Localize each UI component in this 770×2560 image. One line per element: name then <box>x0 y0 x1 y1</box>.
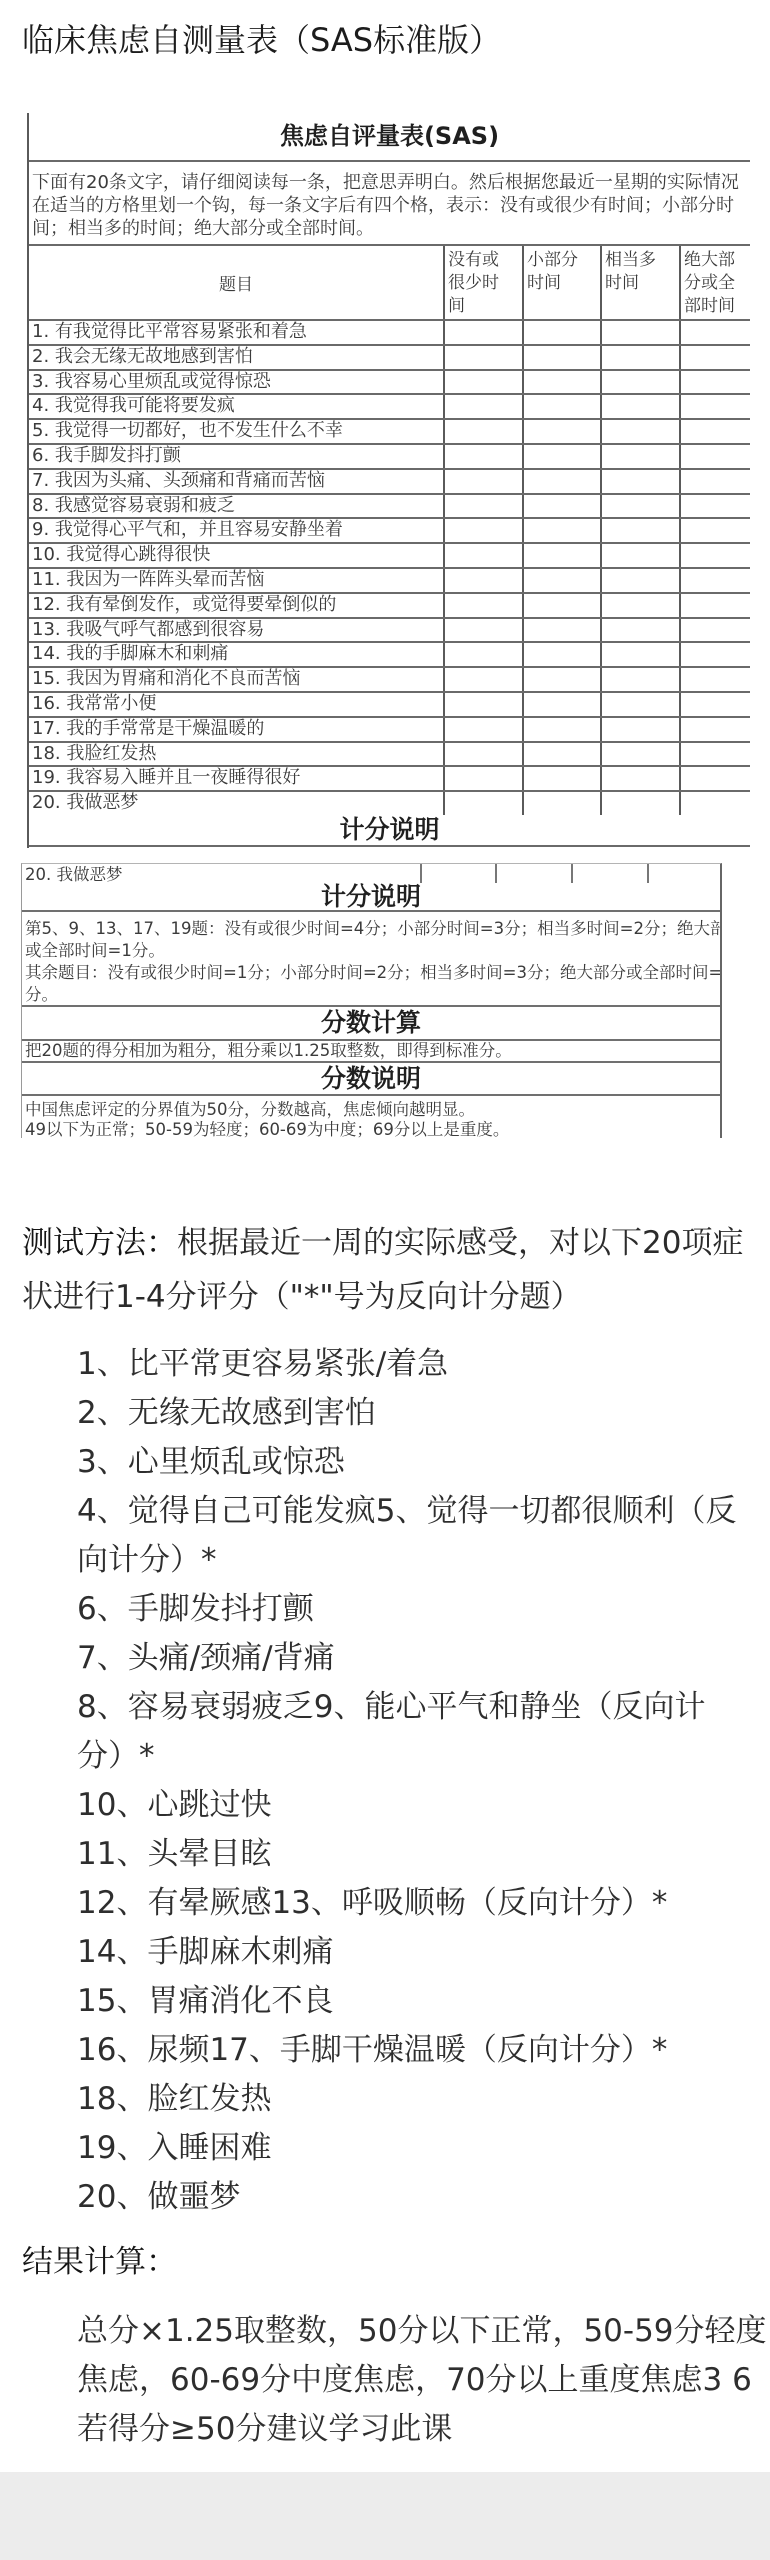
answer-cell <box>443 346 522 369</box>
answer-cell <box>679 718 750 741</box>
answer-cell <box>679 792 750 815</box>
answer-cell <box>600 569 679 592</box>
scoring-rule-line: 分。 <box>25 984 720 1006</box>
answer-cell <box>679 668 750 691</box>
symptom-item: 10、心跳过快 <box>77 1781 736 1830</box>
answer-cell <box>522 371 600 394</box>
answer-cell <box>522 321 600 344</box>
form-row: 13. 我吸气呼气都感到很容易 <box>29 619 750 644</box>
form-item-text: 14. 我的手脚麻木和刺痛 <box>29 643 443 666</box>
answer-cell <box>522 619 600 642</box>
answer-cell <box>443 718 522 741</box>
form-item-text: 18. 我脸红发热 <box>29 743 443 766</box>
score-explanation: 中国焦虑评定的分界值为50分，分数越高，焦虑倾向越明显。 49以下为正常；50-… <box>22 1096 720 1138</box>
column-header-often: 相当多时间 <box>600 246 679 319</box>
form-instructions: 下面有20条文字，请仔细阅读每一条，把意思弄明白。然后根据您最近一星期的实际情况… <box>29 162 750 246</box>
form-row: 12. 我有晕倒发作，或觉得要晕倒似的 <box>29 594 750 619</box>
form-item-text: 11. 我因为一阵阵头晕而苦恼 <box>29 569 443 592</box>
score-explanation-heading: 分数说明 <box>22 1063 720 1096</box>
answer-cell <box>443 371 522 394</box>
answer-cell <box>522 395 600 418</box>
score-calculation-heading: 分数计算 <box>22 1007 720 1041</box>
answer-cell <box>600 519 679 542</box>
form-item-text: 2. 我会无缘无故地感到害怕 <box>29 346 443 369</box>
test-method-line: 状进行1-4分评分（"*"号为反向计分题） <box>22 1270 743 1324</box>
answer-cell <box>443 767 522 790</box>
answer-cell <box>679 495 750 518</box>
answer-cell <box>522 668 600 691</box>
symptom-line: 7、头痛/颈痛/背痛 <box>77 1634 736 1683</box>
answer-cell <box>600 395 679 418</box>
form-row: 11. 我因为一阵阵头晕而苦恼 <box>29 569 750 594</box>
answer-cell <box>522 693 600 716</box>
symptom-item: 20、做噩梦 <box>77 2173 736 2222</box>
answer-cell <box>443 420 522 443</box>
symptom-item: 7、头痛/颈痛/背痛 <box>77 1634 736 1683</box>
form-row: 20. 我做恶梦 <box>29 792 750 815</box>
symptom-line: 14、手脚麻木刺痛 <box>77 1928 736 1977</box>
symptom-item: 6、手脚发抖打颤 <box>77 1585 736 1634</box>
test-method-paragraph: 测试方法：根据最近一周的实际感受，对以下20项症 状进行1-4分评分（"*"号为… <box>22 1216 743 1324</box>
answer-cell <box>600 445 679 468</box>
form-row: 20. 我做恶梦 <box>22 864 720 884</box>
form-item-text: 9. 我觉得心平气和，并且容易安静坐着 <box>29 519 443 542</box>
symptom-line: 16、尿频17、手脚干燥温暖（反向计分）* <box>77 2026 736 2075</box>
answer-cell <box>600 470 679 493</box>
answer-cell <box>522 445 600 468</box>
symptom-line: 19、入睡困难 <box>77 2124 736 2173</box>
symptom-line: 2、无缘无故感到害怕 <box>77 1389 736 1438</box>
sas-form-scan-image[interactable]: 焦虑自评量表(SAS) 下面有20条文字，请仔细阅读每一条，把意思弄明白。然后根… <box>27 113 750 848</box>
footer-area <box>0 2472 770 2560</box>
form-item-text: 20. 我做恶梦 <box>29 792 443 815</box>
column-header-sometimes: 小部分时间 <box>522 246 600 319</box>
form-item-text: 7. 我因为头痛、头颈痛和背痛而苦恼 <box>29 470 443 493</box>
form-row: 7. 我因为头痛、头颈痛和背痛而苦恼 <box>29 470 750 495</box>
column-header-always: 绝大部分或全部时间 <box>679 246 750 319</box>
symptom-item: 3、心里烦乱或惊恐 <box>77 1438 736 1487</box>
symptom-list: 1、比平常更容易紧张/着急 2、无缘无故感到害怕 3、心里烦乱或惊恐 4、觉得自… <box>77 1340 736 2222</box>
symptom-item: 18、脸红发热 <box>77 2075 736 2124</box>
form-item-text: 12. 我有晕倒发作，或觉得要晕倒似的 <box>29 594 443 617</box>
form-item-text: 8. 我感觉容易衰弱和疲乏 <box>29 495 443 518</box>
answer-cell <box>679 395 750 418</box>
form-item-text: 20. 我做恶梦 <box>25 865 123 884</box>
answer-cell <box>600 619 679 642</box>
symptom-line: 11、头晕目眩 <box>77 1830 736 1879</box>
form-row: 18. 我脸红发热 <box>29 743 750 768</box>
symptom-line: 6、手脚发抖打颤 <box>77 1585 736 1634</box>
answer-cell <box>522 767 600 790</box>
answer-cell <box>679 619 750 642</box>
scoring-rule-line: 第5、9、13、17、19题：没有或很少时间=4分；小部分时间=3分；相当多时间… <box>25 918 720 940</box>
form-item-text: 5. 我觉得一切都好，也不发生什么不幸 <box>29 420 443 443</box>
answer-cell <box>522 420 600 443</box>
answer-cell <box>443 569 522 592</box>
answer-cell <box>600 321 679 344</box>
answer-cell <box>522 470 600 493</box>
answer-cell <box>679 767 750 790</box>
form-item-text: 19. 我容易入睡并且一夜睡得很好 <box>29 767 443 790</box>
symptom-line: 12、有晕厥感13、呼吸顺畅（反向计分）* <box>77 1879 736 1928</box>
form-item-text: 3. 我容易心里烦乱或觉得惊恐 <box>29 371 443 394</box>
symptom-item: 12、有晕厥感13、呼吸顺畅（反向计分）* <box>77 1879 736 1928</box>
column-header-label: 绝大部分或全部时间 <box>684 249 740 318</box>
column-header-label: 相当多时间 <box>605 249 661 295</box>
answer-cell <box>600 693 679 716</box>
symptom-item: 1、比平常更容易紧张/着急 <box>77 1340 736 1389</box>
score-explanation-line: 49以下为正常；50-59为轻度；60-69为中度；69分以上是重度。 <box>25 1120 720 1138</box>
answer-cell <box>522 519 600 542</box>
answer-cell <box>679 371 750 394</box>
form-item-text: 6. 我手脚发抖打颤 <box>29 445 443 468</box>
symptom-line: 4、觉得自己可能发疯5、觉得一切都很顺利（反 <box>77 1487 736 1536</box>
answer-cell <box>443 519 522 542</box>
column-divider <box>495 864 497 883</box>
result-calculation-text: 总分×1.25取整数，50分以下正常，50-59分轻度 焦虑，60-69分中度焦… <box>77 2307 767 2454</box>
answer-cell <box>522 718 600 741</box>
answer-cell <box>443 594 522 617</box>
answer-cell <box>600 792 679 815</box>
answer-cell <box>443 470 522 493</box>
symptom-line: 10、心跳过快 <box>77 1781 736 1830</box>
answer-cell <box>600 594 679 617</box>
form-row: 8. 我感觉容易衰弱和疲乏 <box>29 495 750 520</box>
form-row: 16. 我常常小便 <box>29 693 750 718</box>
scoring-rule-line: 其余题目：没有或很少时间=1分；小部分时间=2分；相当多时间=3分；绝大部分或全… <box>25 962 720 984</box>
score-explanation-line: 中国焦虑评定的分界值为50分，分数越高，焦虑倾向越明显。 <box>25 1100 720 1120</box>
symptom-item: 14、手脚麻木刺痛 <box>77 1928 736 1977</box>
form-row: 9. 我觉得心平气和，并且容易安静坐着 <box>29 519 750 544</box>
column-header-item: 题目 <box>29 246 443 319</box>
symptom-item: 4、觉得自己可能发疯5、觉得一切都很顺利（反向计分）* <box>77 1487 736 1585</box>
form-row: 5. 我觉得一切都好，也不发生什么不幸 <box>29 420 750 445</box>
answer-cell <box>679 594 750 617</box>
result-line: 若得分≥50分建议学习此课 <box>77 2405 767 2454</box>
answer-cell <box>600 767 679 790</box>
form-row: 1. 有我觉得比平常容易紧张和着急 <box>29 321 750 346</box>
answer-cell <box>443 544 522 567</box>
answer-cell <box>522 346 600 369</box>
scoring-rules: 第5、9、13、17、19题：没有或很少时间=4分；小部分时间=3分；相当多时间… <box>22 912 720 1007</box>
form-row: 15. 我因为胃痛和消化不良而苦恼 <box>29 668 750 693</box>
answer-cell <box>679 693 750 716</box>
answer-cell <box>600 718 679 741</box>
test-method-label: 测试方法： <box>22 1225 177 1261</box>
form-item-text: 16. 我常常小便 <box>29 693 443 716</box>
form-row: 17. 我的手常常是干燥温暖的 <box>29 718 750 743</box>
symptom-item: 16、尿频17、手脚干燥温暖（反向计分）* <box>77 2026 736 2075</box>
symptom-line: 8、容易衰弱疲乏9、能心平气和静坐（反向计 <box>77 1683 736 1732</box>
instruction-line: 在适当的方格里划一个钩，每一条文字后有四个格，表示：没有或很少有时间；小部分时 <box>32 194 750 217</box>
answer-cell <box>600 743 679 766</box>
answer-cell <box>522 743 600 766</box>
scoring-rule-line: 或全部时间=1分。 <box>25 940 720 962</box>
symptom-item: 11、头晕目眩 <box>77 1830 736 1879</box>
symptom-line: 15、胃痛消化不良 <box>77 1977 736 2026</box>
form-row: 6. 我手脚发抖打颤 <box>29 445 750 470</box>
answer-cell <box>522 544 600 567</box>
form-row: 2. 我会无缘无故地感到害怕 <box>29 346 750 371</box>
answer-cell <box>600 346 679 369</box>
answer-cell <box>679 346 750 369</box>
answer-cell <box>679 743 750 766</box>
sas-scoring-scan-image[interactable]: 20. 我做恶梦 计分说明 第5、9、13、17、19题：没有或很少时间=4分；… <box>21 863 722 1138</box>
form-item-text: 15. 我因为胃痛和消化不良而苦恼 <box>29 668 443 691</box>
answer-cell <box>600 544 679 567</box>
form-row: 3. 我容易心里烦乱或觉得惊恐 <box>29 371 750 396</box>
form-table-header: 题目 没有或很少时间 小部分时间 相当多时间 绝大部分或全部时间 <box>29 246 750 321</box>
answer-cell <box>679 569 750 592</box>
column-divider <box>571 864 573 883</box>
test-method-line: 测试方法：根据最近一周的实际感受，对以下20项症 <box>22 1216 743 1270</box>
symptom-line: 分）* <box>77 1732 736 1781</box>
symptom-item: 8、容易衰弱疲乏9、能心平气和静坐（反向计分）* <box>77 1683 736 1781</box>
form-row: 4. 我觉得我可能将要发疯 <box>29 395 750 420</box>
answer-cell <box>443 643 522 666</box>
form-item-text: 10. 我觉得心跳得很快 <box>29 544 443 567</box>
answer-cell <box>522 792 600 815</box>
form-item-text: 4. 我觉得我可能将要发疯 <box>29 395 443 418</box>
form-item-text: 1. 有我觉得比平常容易紧张和着急 <box>29 321 443 344</box>
symptom-item: 19、入睡困难 <box>77 2124 736 2173</box>
answer-cell <box>679 519 750 542</box>
form-row: 14. 我的手脚麻木和刺痛 <box>29 643 750 668</box>
form-item-text: 17. 我的手常常是干燥温暖的 <box>29 718 443 741</box>
result-line: 焦虑，60-69分中度焦虑，70分以上重度焦虑3 6 <box>77 2356 767 2405</box>
answer-cell <box>443 495 522 518</box>
score-calculation-text: 把20题的得分相加为粗分，粗分乘以1.25取整数，即得到标准分。 <box>22 1041 720 1063</box>
answer-cell <box>522 594 600 617</box>
answer-cell <box>443 792 522 815</box>
instruction-line: 下面有20条文字，请仔细阅读每一条，把意思弄明白。然后根据您最近一星期的实际情况 <box>32 171 750 194</box>
answer-cell <box>679 445 750 468</box>
result-calculation-label: 结果计算： <box>22 2238 177 2287</box>
answer-cell <box>679 643 750 666</box>
answer-cell <box>522 495 600 518</box>
column-divider <box>647 864 649 883</box>
column-divider <box>420 864 422 883</box>
form-title: 焦虑自评量表(SAS) <box>29 113 750 162</box>
symptom-item: 15、胃痛消化不良 <box>77 1977 736 2026</box>
symptom-line: 1、比平常更容易紧张/着急 <box>77 1340 736 1389</box>
answer-cell <box>600 420 679 443</box>
form-row: 19. 我容易入睡并且一夜睡得很好 <box>29 767 750 792</box>
column-header-label: 没有或很少时间 <box>448 249 504 318</box>
answer-cell <box>600 668 679 691</box>
scoring-heading: 计分说明 <box>22 884 720 912</box>
symptom-line: 向计分）* <box>77 1536 736 1585</box>
answer-cell <box>679 544 750 567</box>
answer-cell <box>522 643 600 666</box>
column-header-rarely: 没有或很少时间 <box>443 246 522 319</box>
form-item-text: 13. 我吸气呼气都感到很容易 <box>29 619 443 642</box>
page-title: 临床焦虑自测量表（SAS标准版） <box>22 17 501 63</box>
symptom-item: 2、无缘无故感到害怕 <box>77 1389 736 1438</box>
symptom-line: 18、脸红发热 <box>77 2075 736 2124</box>
answer-cell <box>679 470 750 493</box>
answer-cell <box>443 619 522 642</box>
answer-cell <box>443 321 522 344</box>
answer-cell <box>443 743 522 766</box>
symptom-line: 3、心里烦乱或惊恐 <box>77 1438 736 1487</box>
symptom-line: 20、做噩梦 <box>77 2173 736 2222</box>
answer-cell <box>600 371 679 394</box>
answer-cell <box>600 495 679 518</box>
answer-cell <box>443 668 522 691</box>
answer-cell <box>679 321 750 344</box>
form-row: 10. 我觉得心跳得很快 <box>29 544 750 569</box>
answer-cell <box>443 693 522 716</box>
answer-cell <box>443 395 522 418</box>
column-header-label: 小部分时间 <box>527 249 583 295</box>
answer-cell <box>443 445 522 468</box>
instruction-line: 间；相当多的时间；绝大部分或全部时间。 <box>32 217 750 240</box>
answer-cell <box>679 420 750 443</box>
test-method-text: 根据最近一周的实际感受，对以下20项症 <box>177 1225 743 1261</box>
answer-cell <box>600 643 679 666</box>
result-line: 总分×1.25取整数，50分以下正常，50-59分轻度 <box>77 2307 767 2356</box>
scoring-section-heading: 计分说明 <box>29 815 750 847</box>
answer-cell <box>522 569 600 592</box>
